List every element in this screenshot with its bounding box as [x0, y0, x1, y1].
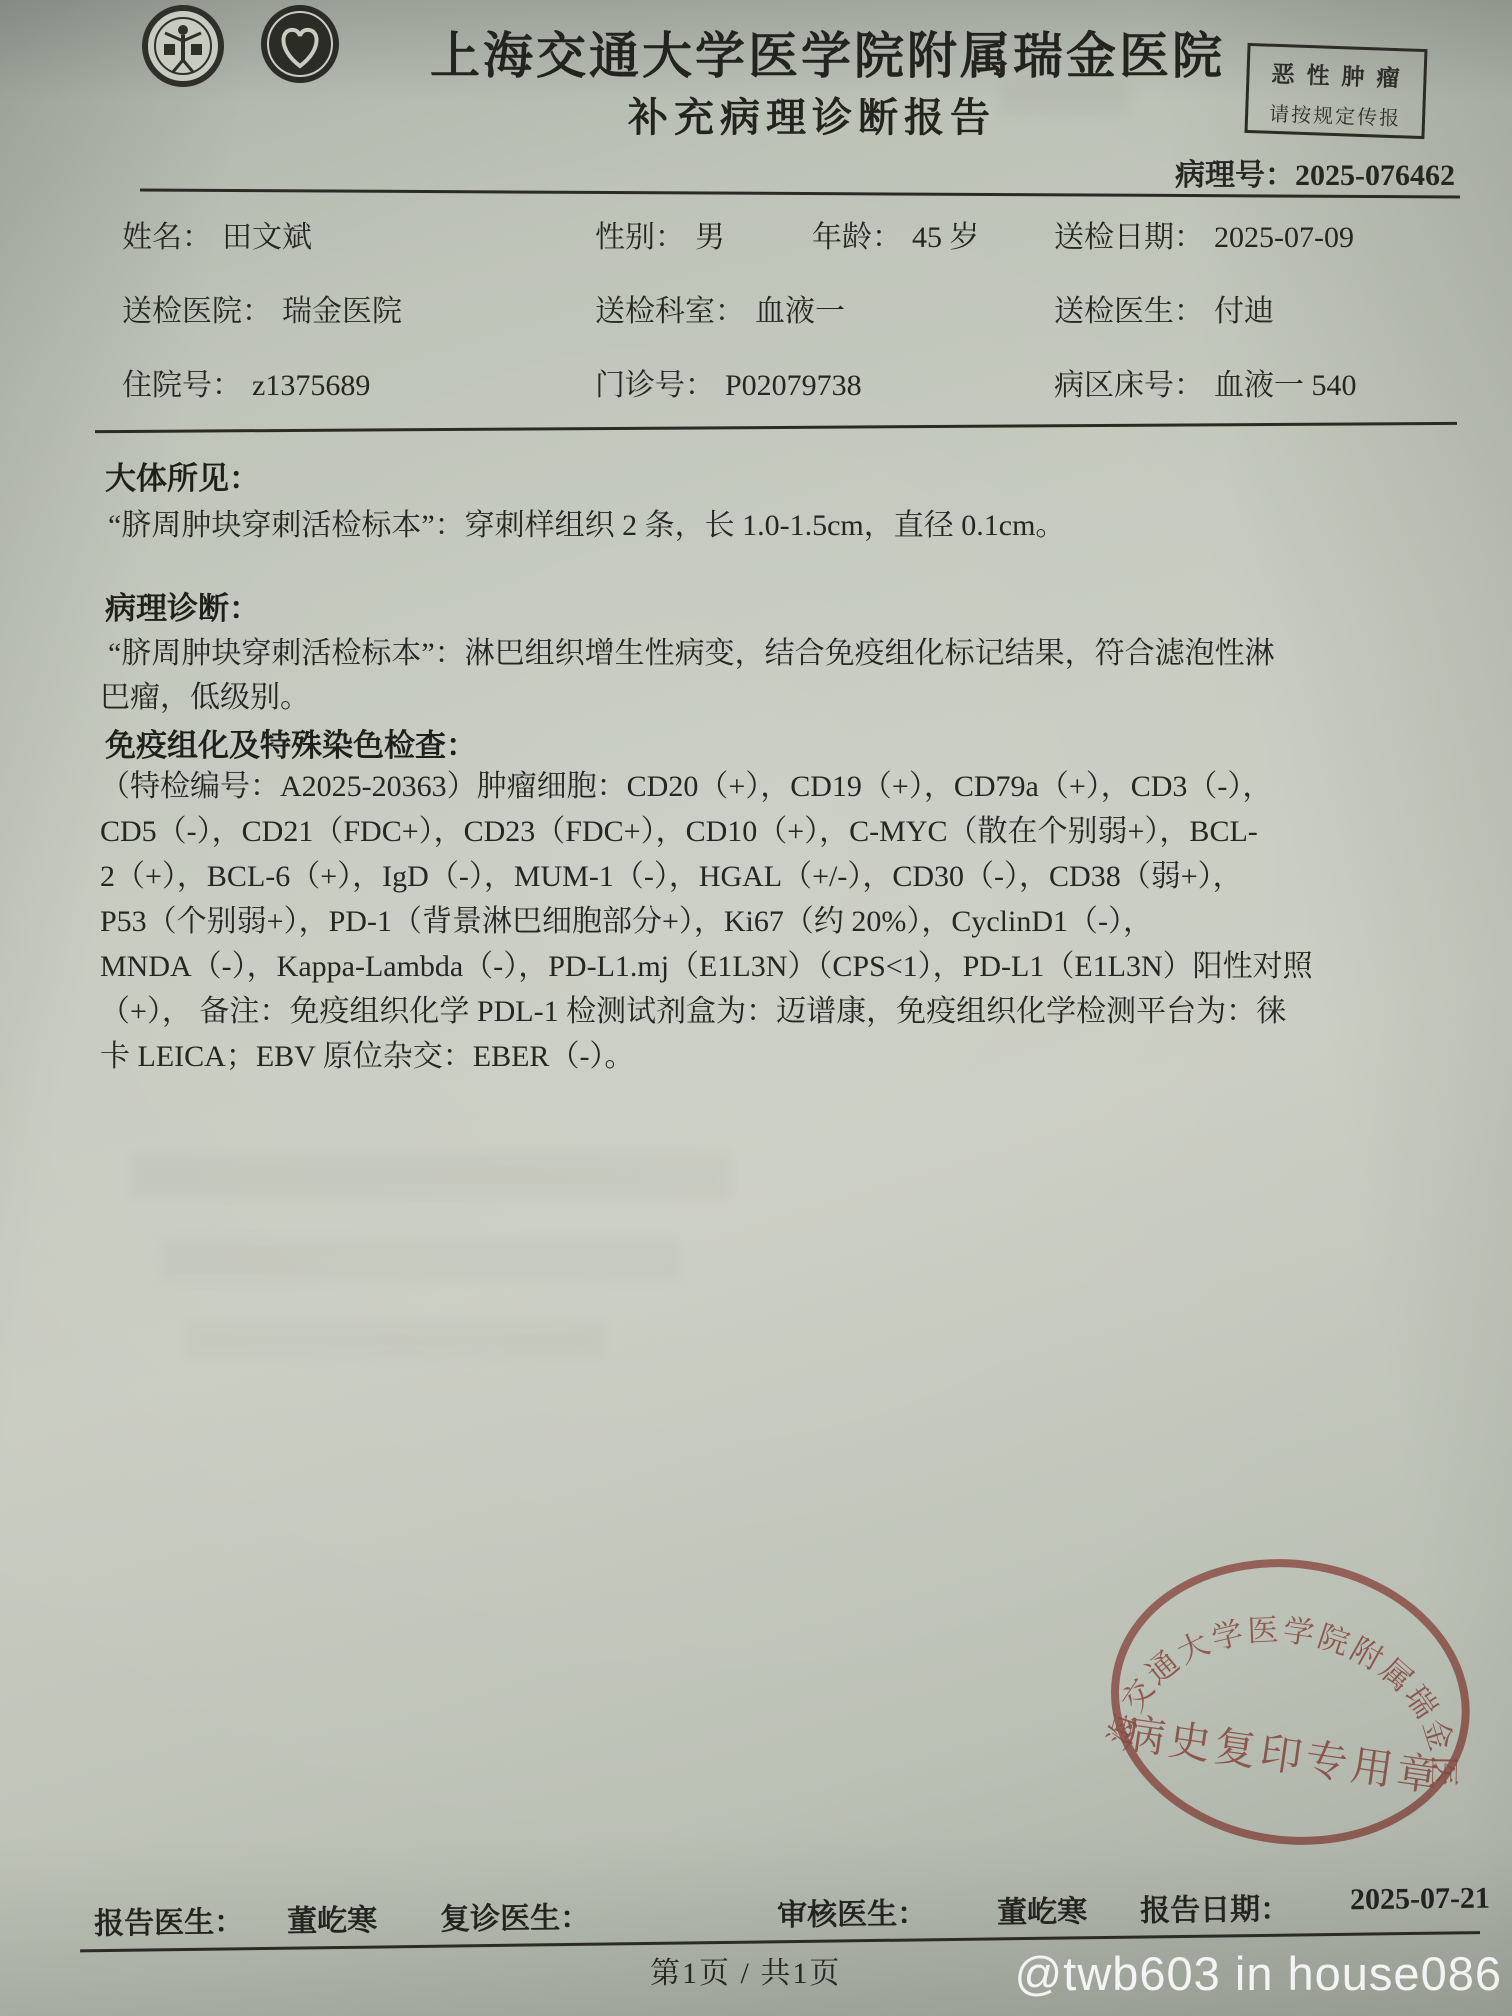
immuno-line: MNDA（-），Kappa-Lambda（-），PD-L1.mj（E1L3N）（… — [100, 944, 1313, 989]
field-label: 送检科室： — [595, 295, 745, 328]
immuno-line: CD5（-），CD21（FDC+），CD23（FDC+），CD10（+），C-M… — [100, 809, 1313, 854]
field-value: 血液一 540 — [1214, 369, 1357, 402]
field-value: 血液一 — [755, 295, 845, 328]
field-label: 住院号： — [122, 369, 242, 402]
gross-findings-heading: 大体所见： — [105, 453, 260, 498]
field-value: P02079738 — [725, 369, 862, 402]
field-value: 男 — [695, 221, 725, 254]
diagnosis-heading: 病理诊断： — [105, 583, 260, 628]
notice-line1: 恶性肿瘤 — [1259, 55, 1424, 94]
send-date-field: 送检日期：2025-07-09 — [1054, 212, 1354, 256]
immuno-line: P53（个别弱+），PD-1（背景淋巴细胞部分+），Ki67（约 20%），Cy… — [100, 899, 1313, 944]
ward-bed-field: 病区床号：血液一 540 — [1054, 360, 1357, 404]
report-doctor-name: 董屹寒 — [287, 1895, 378, 1940]
field-value: 田文斌 — [222, 221, 312, 254]
field-label: 送检日期： — [1054, 221, 1204, 254]
pathology-report-page: 上海交通大学医学院附属瑞金医院 补充病理诊断报告 恶性肿瘤 请按规定传报 病理号… — [0, 0, 1512, 2016]
field-label: 姓名： — [122, 221, 212, 254]
heart-emblem-seal-icon — [254, 2, 346, 90]
gross-findings-text: “脐周肿块穿刺活检标本”：穿刺样组织 2 条，长 1.0-1.5cm，直径 0.… — [108, 500, 1065, 544]
field-value: 付迪 — [1214, 295, 1274, 328]
bleed-through-ghost — [130, 1152, 730, 1198]
bleed-through-ghost — [1000, 84, 1130, 114]
field-label: 送检医院： — [122, 295, 272, 328]
report-doctor-label: 报告医生： — [94, 1897, 245, 1943]
report-title: 补充病理诊断报告 — [628, 86, 996, 143]
malignant-tumor-notice-box: 恶性肿瘤 请按规定传报 — [1244, 43, 1427, 139]
outpatient-number-field: 门诊号：P02079738 — [595, 360, 862, 404]
bleed-through-ghost — [185, 1320, 605, 1360]
send-hospital-field: 送检医院：瑞金医院 — [122, 286, 402, 330]
field-label: 病区床号： — [1054, 369, 1204, 402]
ruijin-vitruvian-seal-icon — [138, 4, 228, 92]
stamp-center-text: 病史复印专用章 — [1120, 1710, 1445, 1801]
immuno-line: 2（+），BCL-6（+），IgD（-），MUM-1（-），HGAL（+/-），… — [100, 854, 1313, 899]
field-value: 45 岁 — [912, 221, 980, 254]
medical-record-copy-stamp: 上海交通大学医学院附属瑞金医院 病史复印专用章 — [1081, 1527, 1500, 1882]
patient-name-field: 姓名：田文斌 — [122, 212, 312, 256]
photo-watermark: @twb603 in house086 — [1015, 1946, 1502, 2001]
diagnosis-text-line: “脐周肿块穿刺活检标本”：淋巴组织增生性病变，结合免疫组化标记结果，符合滤泡性淋 — [108, 628, 1275, 672]
field-value: 2025-07-09 — [1214, 221, 1354, 254]
audit-doctor-label: 审核医生： — [777, 1888, 928, 1934]
field-label: 送检医生： — [1054, 295, 1204, 328]
bleed-through-ghost — [160, 1238, 680, 1282]
review-doctor-label: 复诊医生： — [440, 1893, 591, 1939]
immuno-result-block: （特检编号：A2025-20363）肿瘤细胞：CD20（+），CD19（+），C… — [100, 764, 1313, 1079]
page-number: 第1页 / 共1页 — [650, 1948, 841, 1992]
pathology-number-label: 病理号： — [1175, 159, 1295, 192]
send-department-field: 送检科室：血液一 — [595, 286, 845, 330]
field-value: z1375689 — [252, 369, 370, 402]
field-value: 瑞金医院 — [282, 295, 402, 328]
immuno-heading: 免疫组化及特殊染色检查： — [105, 720, 477, 765]
patient-gender-field: 性别：男 — [595, 212, 725, 256]
pathology-number: 病理号：2025-076462 — [1175, 150, 1455, 194]
notice-line2: 请按规定传报 — [1248, 97, 1423, 132]
send-doctor-field: 送检医生：付迪 — [1054, 286, 1274, 330]
footer-signature-row: 报告医生： 董屹寒 复诊医生： 审核医生： 董屹寒 报告日期： 2025-07-… — [0, 1881, 1512, 1939]
hospital-title: 上海交通大学医学院附属瑞金医院 — [430, 16, 1225, 88]
field-label: 门诊号： — [595, 369, 715, 402]
inpatient-number-field: 住院号：z1375689 — [122, 360, 370, 404]
immuno-line: （+）， 备注：免疫组织化学 PDL-1 检测试剂盒为：迈谱康，免疫组织化学检测… — [100, 989, 1313, 1034]
field-label: 年龄： — [812, 221, 902, 254]
immuno-line: 卡 LEICA；EBV 原位杂交：EBER（-）。 — [100, 1034, 1313, 1079]
field-label: 性别： — [595, 221, 685, 254]
patient-age-field: 年龄：45 岁 — [812, 212, 980, 256]
report-date-label: 报告日期： — [1140, 1884, 1291, 1930]
pathology-number-value: 2025-076462 — [1295, 159, 1455, 192]
divider-info — [95, 422, 1457, 433]
report-date-value: 2025-07-21 — [1350, 1882, 1490, 1918]
immuno-line: （特检编号：A2025-20363）肿瘤细胞：CD20（+），CD19（+），C… — [100, 764, 1313, 809]
audit-doctor-name: 董屹寒 — [997, 1886, 1088, 1931]
diagnosis-text-line: 巴瘤，低级别。 — [100, 672, 310, 716]
